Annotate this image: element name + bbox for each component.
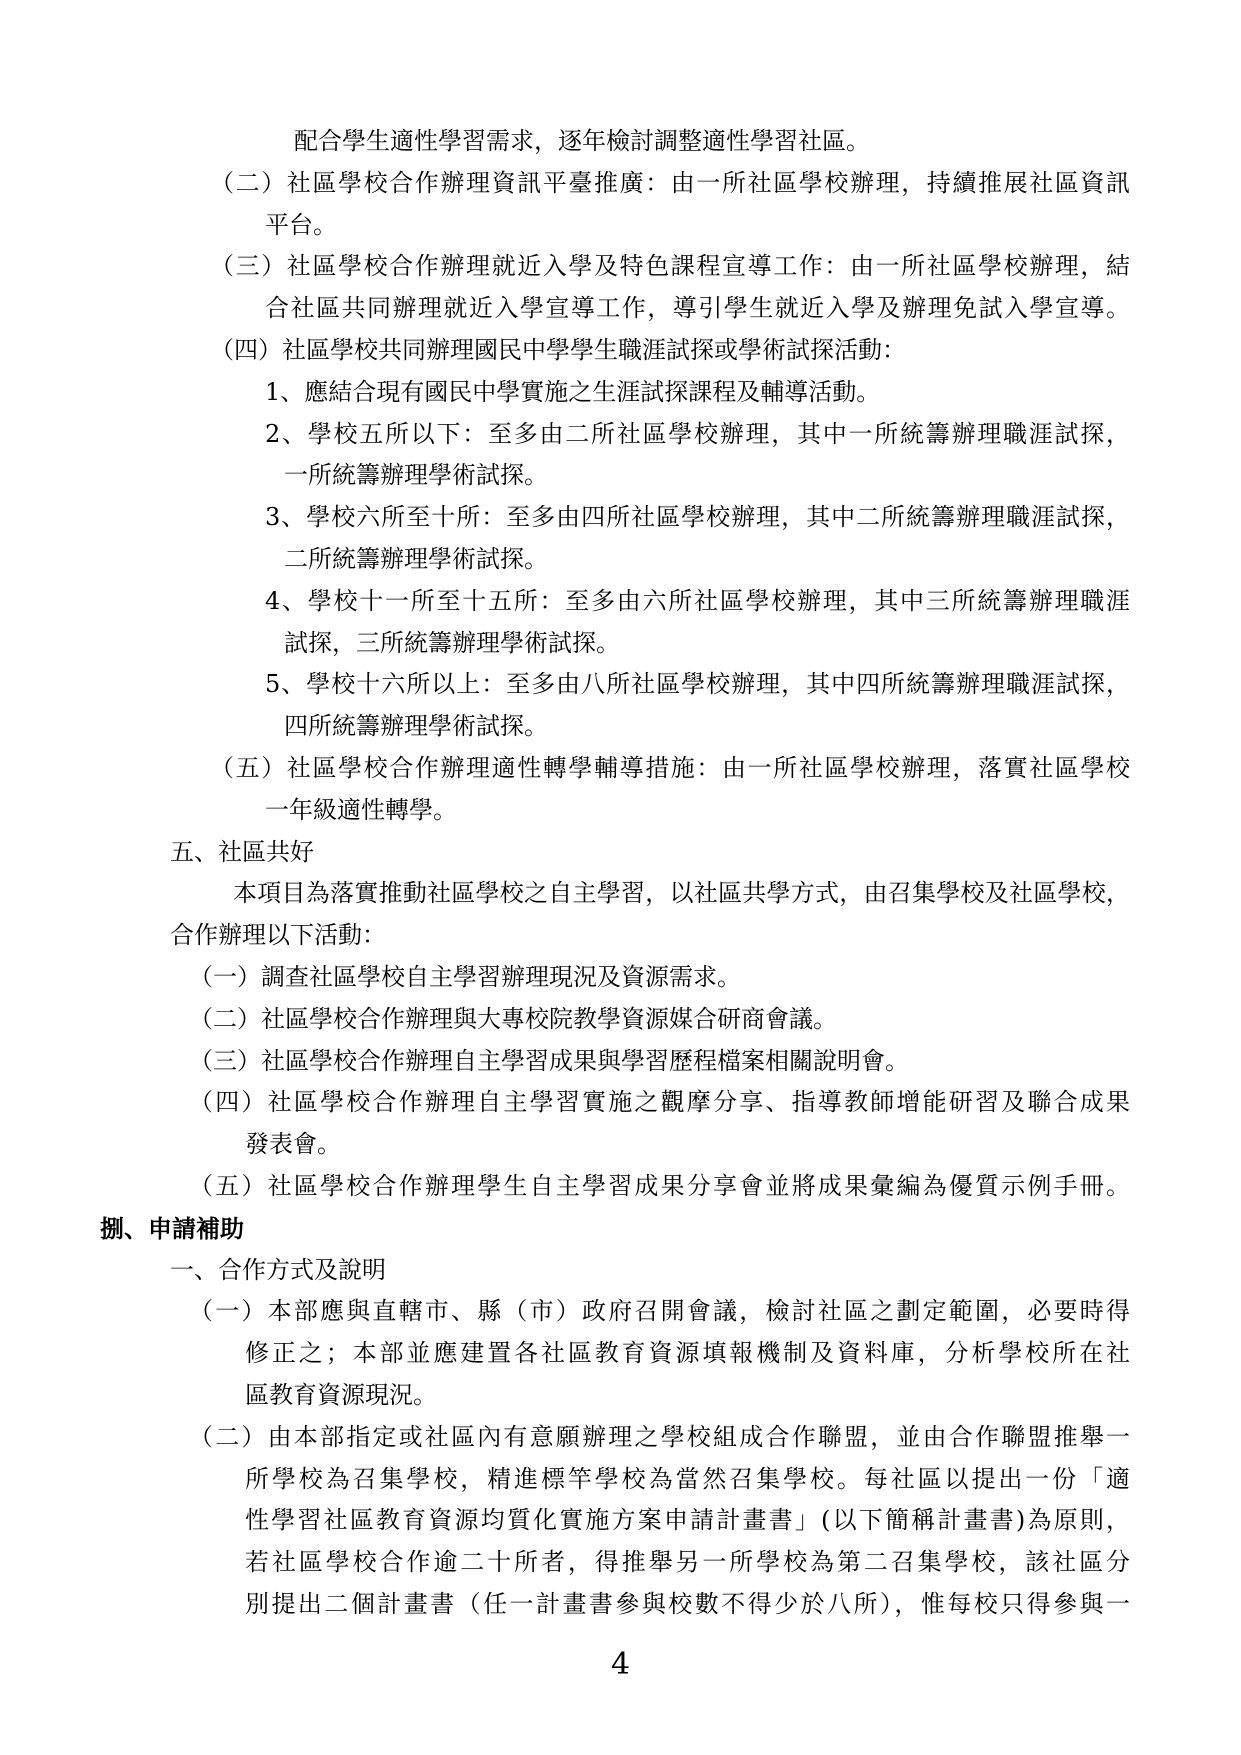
numbered-item-2-line-1: 2、學校五所以下：至多由二所社區學校辦理，其中一所統籌辦理職涯試探， — [265, 414, 1130, 456]
heading-section-8: 捌、申請補助 — [100, 1208, 1241, 1250]
five-item-2: （二）社區學校合作辦理與大專校院教學資源媒合研商會議。 — [189, 999, 1241, 1041]
sec8-item-1-line-1: （一）本部應與直轄市、縣（市）政府召開會議，檢討社區之劃定範圍，必要時得 — [189, 1291, 1130, 1333]
numbered-item-2-line-2: 一所統籌辦理學術試探。 — [284, 455, 1241, 497]
document-body: 配合學生適性學習需求，逐年檢討調整適性學習社區。 （二）社區學校合作辦理資訊平臺… — [0, 121, 1241, 1626]
sec8-item-2-line-1: （二）由本部指定或社區內有意願辦理之學校組成合作聯盟，並由合作聯盟推舉一 — [189, 1417, 1130, 1459]
item-5-line-1: （五）社區學校合作辦理適性轉學輔導措施：由一所社區學校辦理，落實社區學校 — [210, 748, 1130, 790]
page-number: 4 — [0, 1645, 1241, 1685]
five-intro-line-1: 本項目為落實推動社區學校之自主學習，以社區共學方式，由召集學校及社區學校， — [233, 873, 1130, 915]
sec8-item-2-line-4: 若社區學校合作逾二十所者，得推舉另一所學校為第二召集學校，該社區分 — [245, 1542, 1130, 1584]
item-4-header: （四）社區學校共同辦理國民中學學生職涯試探或學術試探活動： — [210, 330, 1241, 372]
sec8-item-2-line-2: 所學校為召集學校，精進標竿學校為當然召集學校。每社區以提出一份「適 — [245, 1459, 1130, 1501]
numbered-item-5-line-1: 5、學校十六所以上：至多由八所社區學校辦理，其中四所統籌辦理職涯試探， — [265, 664, 1130, 706]
five-item-5: （五）社區學校合作辦理學生自主學習成果分享會並將成果彙編為優質示例手冊。 — [189, 1166, 1130, 1208]
sec8-item-1-line-2: 修正之；本部並應建置各社區教育資源填報機制及資料庫，分析學校所在社 — [245, 1333, 1130, 1375]
numbered-item-1: 1、應結合現有國民中學實施之生涯試探課程及輔導活動。 — [265, 372, 1241, 414]
heading-section-8-sub-1: 一、合作方式及說明 — [170, 1250, 1241, 1292]
five-intro-line-2: 合作辦理以下活動： — [170, 915, 1241, 957]
five-item-3: （三）社區學校合作辦理自主學習成果與學習歷程檔案相關說明會。 — [189, 1041, 1241, 1083]
five-item-1: （一）調查社區學校自主學習辦理現況及資源需求。 — [189, 957, 1241, 999]
sec8-item-2-line-3: 性學習社區教育資源均質化實施方案申請計畫書」(以下簡稱計畫書)為原則， — [245, 1500, 1130, 1542]
item-3-line-2: 合社區共同辦理就近入學宣導工作，導引學生就近入學及辦理免試入學宣導。 — [265, 288, 1130, 330]
heading-five-community: 五、社區共好 — [170, 832, 1241, 874]
numbered-item-4-line-1: 4、學校十一所至十五所：至多由六所社區學校辦理，其中三所統籌辦理職涯 — [265, 581, 1130, 623]
numbered-item-3-line-2: 二所統籌辦理學術試探。 — [284, 539, 1241, 581]
numbered-item-4-line-2: 試探，三所統籌辦理學術試探。 — [284, 623, 1241, 665]
item-2-line-1: （二）社區學校合作辦理資訊平臺推廣：由一所社區學校辦理，持續推展社區資訊 — [210, 163, 1130, 205]
sec8-item-1-line-3: 區教育資源現況。 — [245, 1375, 1241, 1417]
numbered-item-3-line-1: 3、學校六所至十所：至多由四所社區學校辦理，其中二所統籌辦理職涯試探， — [265, 497, 1130, 539]
carryover-line: 配合學生適性學習需求，逐年檢討調整適性學習社區。 — [294, 121, 1241, 163]
item-3-line-1: （三）社區學校合作辦理就近入學及特色課程宣導工作：由一所社區學校辦理，結 — [210, 246, 1130, 288]
item-5-line-2: 一年級適性轉學。 — [265, 790, 1241, 832]
item-2-line-2: 平台。 — [265, 205, 1241, 247]
document-page: 配合學生適性學習需求，逐年檢討調整適性學習社區。 （二）社區學校合作辦理資訊平臺… — [0, 0, 1241, 1755]
sec8-item-2-line-5: 別提出二個計畫書（任一計畫書參與校數不得少於八所），惟每校只得參與一 — [245, 1584, 1130, 1626]
numbered-item-5-line-2: 四所統籌辦理學術試探。 — [284, 706, 1241, 748]
five-item-4-line-1: （四）社區學校合作辦理自主學習實施之觀摩分享、指導教師增能研習及聯合成果 — [189, 1082, 1130, 1124]
five-item-4-line-2: 發表會。 — [245, 1124, 1241, 1166]
